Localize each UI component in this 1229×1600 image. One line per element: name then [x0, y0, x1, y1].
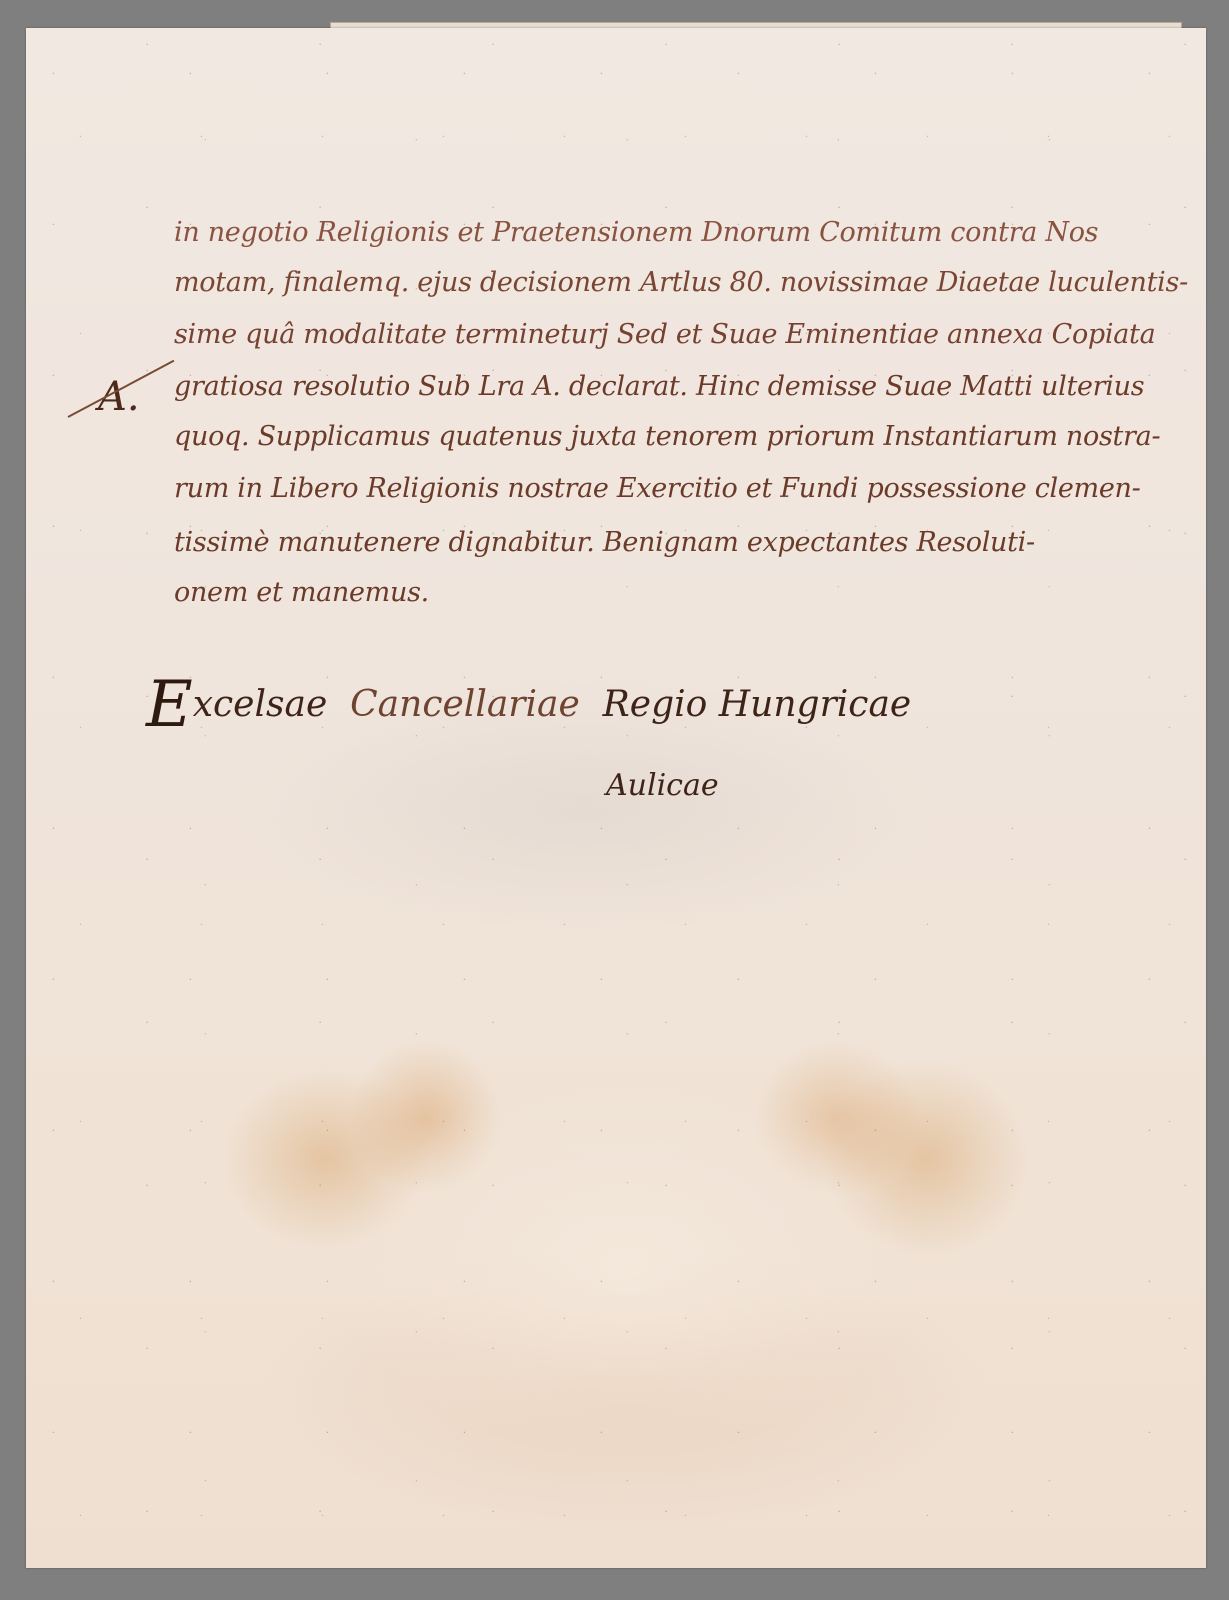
address-word-excelsae: xcelsae [193, 684, 328, 725]
scan-background: ​ A. in negotio Religionis et Praetensio… [0, 0, 1229, 1600]
address-word-regio-hungricae: Regio Hungricae [603, 684, 912, 725]
manuscript-page: ​ A. in negotio Religionis et Praetensio… [26, 28, 1206, 1568]
address-line-2: Aulicae [606, 768, 719, 803]
address-line-1: Excelsae Cancellariae Regio Hungricae [146, 668, 911, 742]
address-initial: E [146, 668, 193, 742]
address-word-cancellariae: Cancellariae [350, 684, 580, 725]
margin-note: A. [68, 368, 188, 458]
